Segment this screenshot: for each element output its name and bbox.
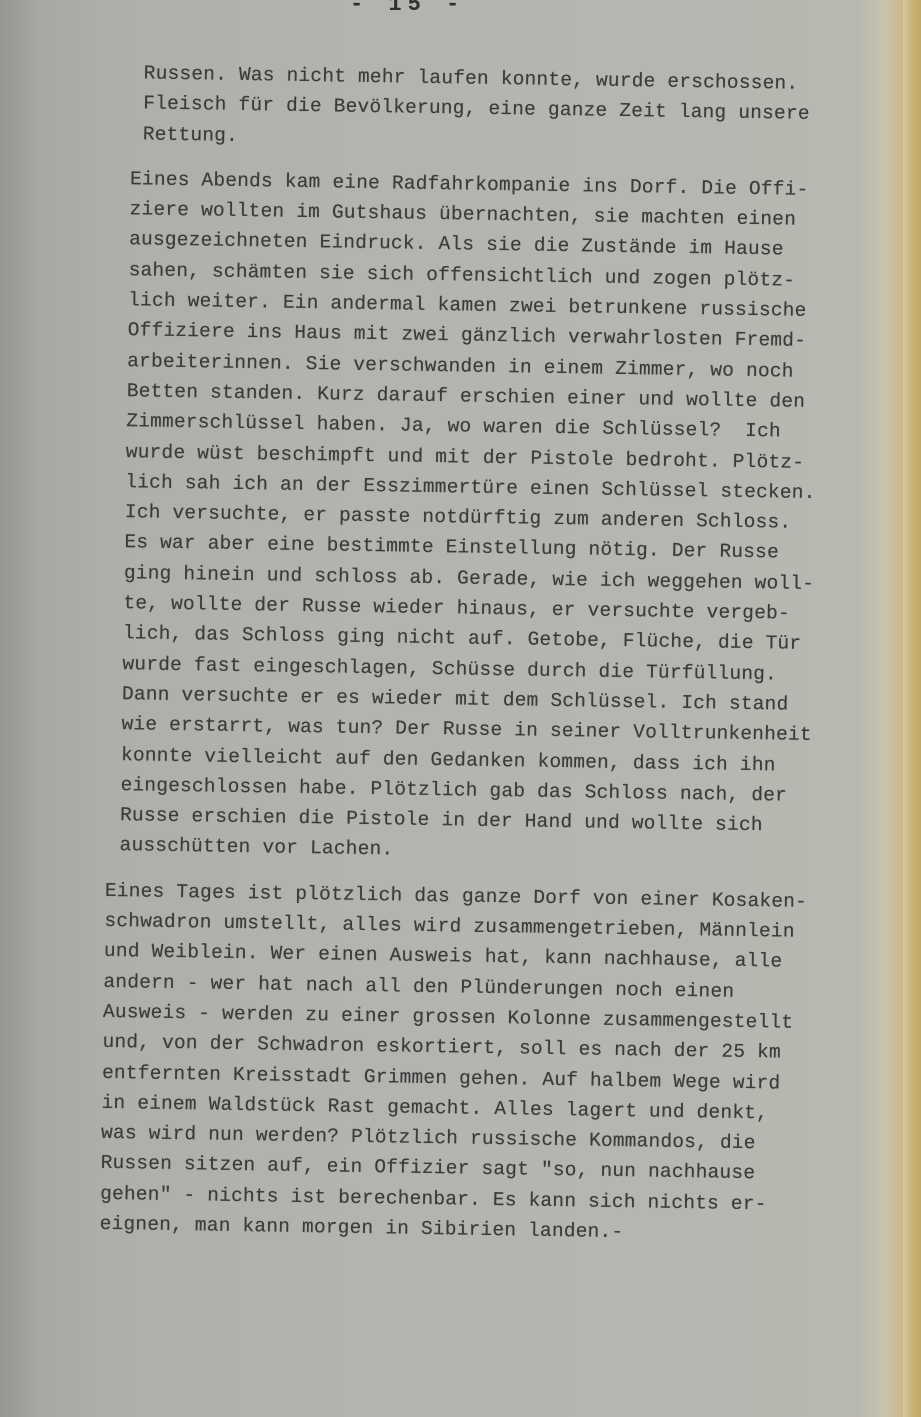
typewritten-page: - 15 - Russen. Was nicht mehr laufen kon… bbox=[0, 0, 921, 1417]
paragraph-2: Eines Abends kam eine Radfahrkompanie in… bbox=[119, 164, 916, 873]
page-number: - 15 - bbox=[350, 0, 465, 17]
page-shadow bbox=[0, 0, 40, 1417]
paragraph-3: Eines Tages ist plötzlich das ganze Dorf… bbox=[99, 876, 905, 1252]
body-text: Russen. Was nicht mehr laufen konnte, wu… bbox=[99, 58, 918, 1267]
paragraph-1: Russen. Was nicht mehr laufen konnte, wu… bbox=[143, 58, 918, 161]
